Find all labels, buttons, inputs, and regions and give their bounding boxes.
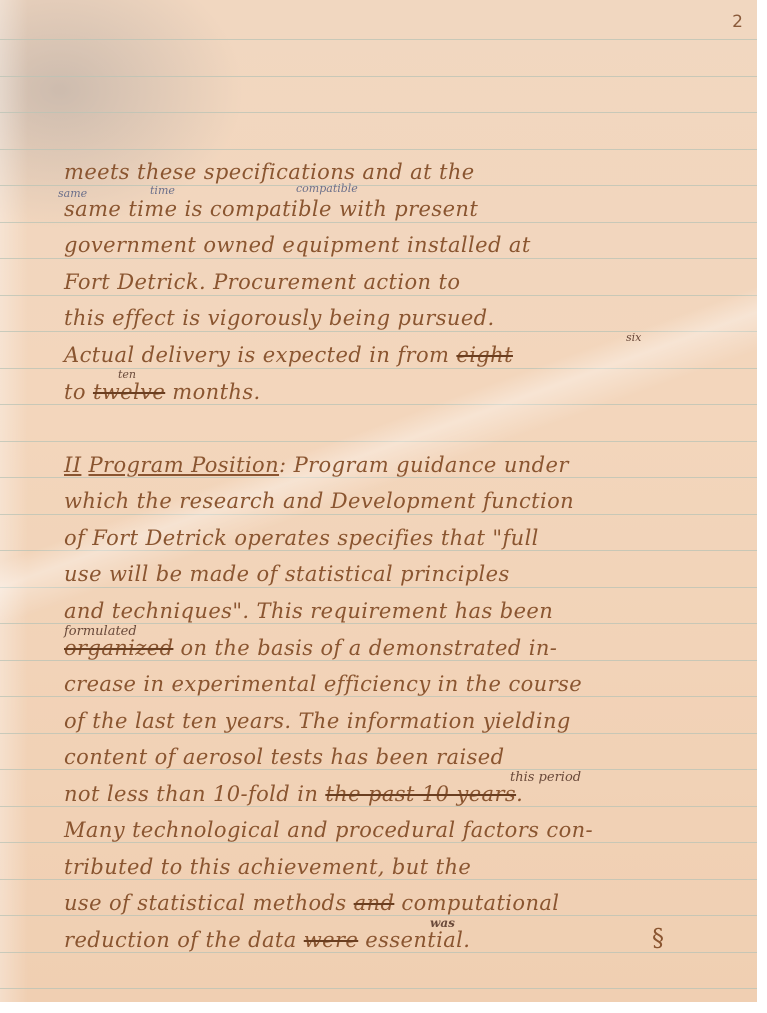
line-text: Many technological and procedural factor… [64, 818, 593, 842]
rule-line [0, 879, 757, 880]
line-text: not less than 10-fold in [64, 782, 325, 806]
rule-line [0, 550, 757, 551]
rule-line [0, 258, 757, 259]
text-line: organized on the basis of a demonstrated… [64, 636, 737, 660]
line-text: and techniques". This requirement has be… [64, 599, 553, 623]
line-text: of the last ten years. The information y… [64, 709, 571, 733]
struck-text: eight [456, 343, 513, 367]
text-line: same time is compatible with present [64, 197, 737, 221]
handwritten-page: 2 meets these specifications and at the … [0, 0, 757, 1002]
line-text: of Fort Detrick operates specifies that … [64, 526, 539, 550]
line-text: : Program guidance under [279, 453, 569, 477]
line-text: government owned equipment installed at [64, 233, 531, 257]
line-text: essential. [358, 928, 470, 952]
rule-line [0, 915, 757, 916]
rule-line [0, 587, 757, 588]
rule-line [0, 331, 757, 332]
text-line: tributed to this achievement, but the [64, 855, 737, 879]
rule-line [0, 368, 757, 369]
text-line: use of statistical methods and computati… [64, 891, 737, 915]
rule-line [0, 112, 757, 113]
text-line: crease in experimental efficiency in the… [64, 672, 737, 696]
struck-text: and [354, 891, 395, 915]
insertion-time: time [150, 184, 175, 197]
line-text: Actual delivery is expected in from [64, 343, 456, 367]
line-text: content of aerosol tests has been raised [64, 745, 504, 769]
text-line: of Fort Detrick operates specifies that … [64, 526, 737, 550]
rule-line [0, 441, 757, 442]
text-line: reduction of the data were essential. [64, 928, 737, 952]
line-text: this effect is vigorously being pursued. [64, 306, 495, 330]
line-text: reduction of the data [64, 928, 304, 952]
rule-line [0, 477, 757, 478]
rule-line [0, 185, 757, 186]
text-line: government owned equipment installed at [64, 233, 737, 257]
section-title: Program Position [88, 453, 279, 477]
text-line: meets these specifications and at the [64, 160, 737, 184]
rule-line [0, 952, 757, 953]
line-text: same time is compatible with present [64, 197, 478, 221]
rule-line [0, 149, 757, 150]
rule-line [0, 988, 757, 989]
line-text: . [516, 782, 523, 806]
line-text: use will be made of statistical principl… [64, 562, 510, 586]
text-line: which the research and Development funct… [64, 489, 737, 513]
rule-line [0, 295, 757, 296]
text-line: to twelve months. [64, 380, 737, 404]
text-line: Actual delivery is expected in from eigh… [64, 343, 737, 367]
line-text: to [64, 380, 93, 404]
text-line: content of aerosol tests has been raised [64, 745, 737, 769]
rule-line [0, 769, 757, 770]
text-line: of the last ten years. The information y… [64, 709, 737, 733]
section-heading-line: II Program Position: Program guidance un… [64, 453, 737, 477]
line-text: tributed to this achievement, but the [64, 855, 471, 879]
text-line: and techniques". This requirement has be… [64, 599, 737, 623]
text-line: Many technological and procedural factor… [64, 818, 737, 842]
text-line: use will be made of statistical principl… [64, 562, 737, 586]
rule-line [0, 842, 757, 843]
rule-line [0, 696, 757, 697]
rule-line [0, 39, 757, 40]
line-text: meets these specifications and at the [64, 160, 475, 184]
page-number: 2 [732, 12, 743, 32]
line-text: computational [394, 891, 559, 915]
struck-text: were [304, 928, 358, 952]
rule-line [0, 733, 757, 734]
rule-line [0, 806, 757, 807]
struck-text: the past 10 years [325, 782, 516, 806]
struck-text: organized [64, 636, 173, 660]
section-end-mark: § [652, 924, 664, 952]
text-line: not less than 10-fold in the past 10 yea… [64, 782, 737, 806]
line-text: which the research and Development funct… [64, 489, 574, 513]
rule-line [0, 514, 757, 515]
line-text: crease in experimental efficiency in the… [64, 672, 582, 696]
rule-line [0, 222, 757, 223]
line-text: Fort Detrick. Procurement action to [64, 270, 460, 294]
text-line: this effect is vigorously being pursued. [64, 306, 737, 330]
line-text: months. [165, 380, 260, 404]
line-text: use of statistical methods [64, 891, 354, 915]
line-text: on the basis of a demonstrated in- [173, 636, 557, 660]
rule-line [0, 76, 757, 77]
insertion-compatible: compatible [296, 182, 358, 195]
rule-line [0, 660, 757, 661]
rule-line [0, 404, 757, 405]
struck-text: twelve [93, 380, 165, 404]
section-numeral: II [64, 453, 81, 477]
text-line: Fort Detrick. Procurement action to [64, 270, 737, 294]
